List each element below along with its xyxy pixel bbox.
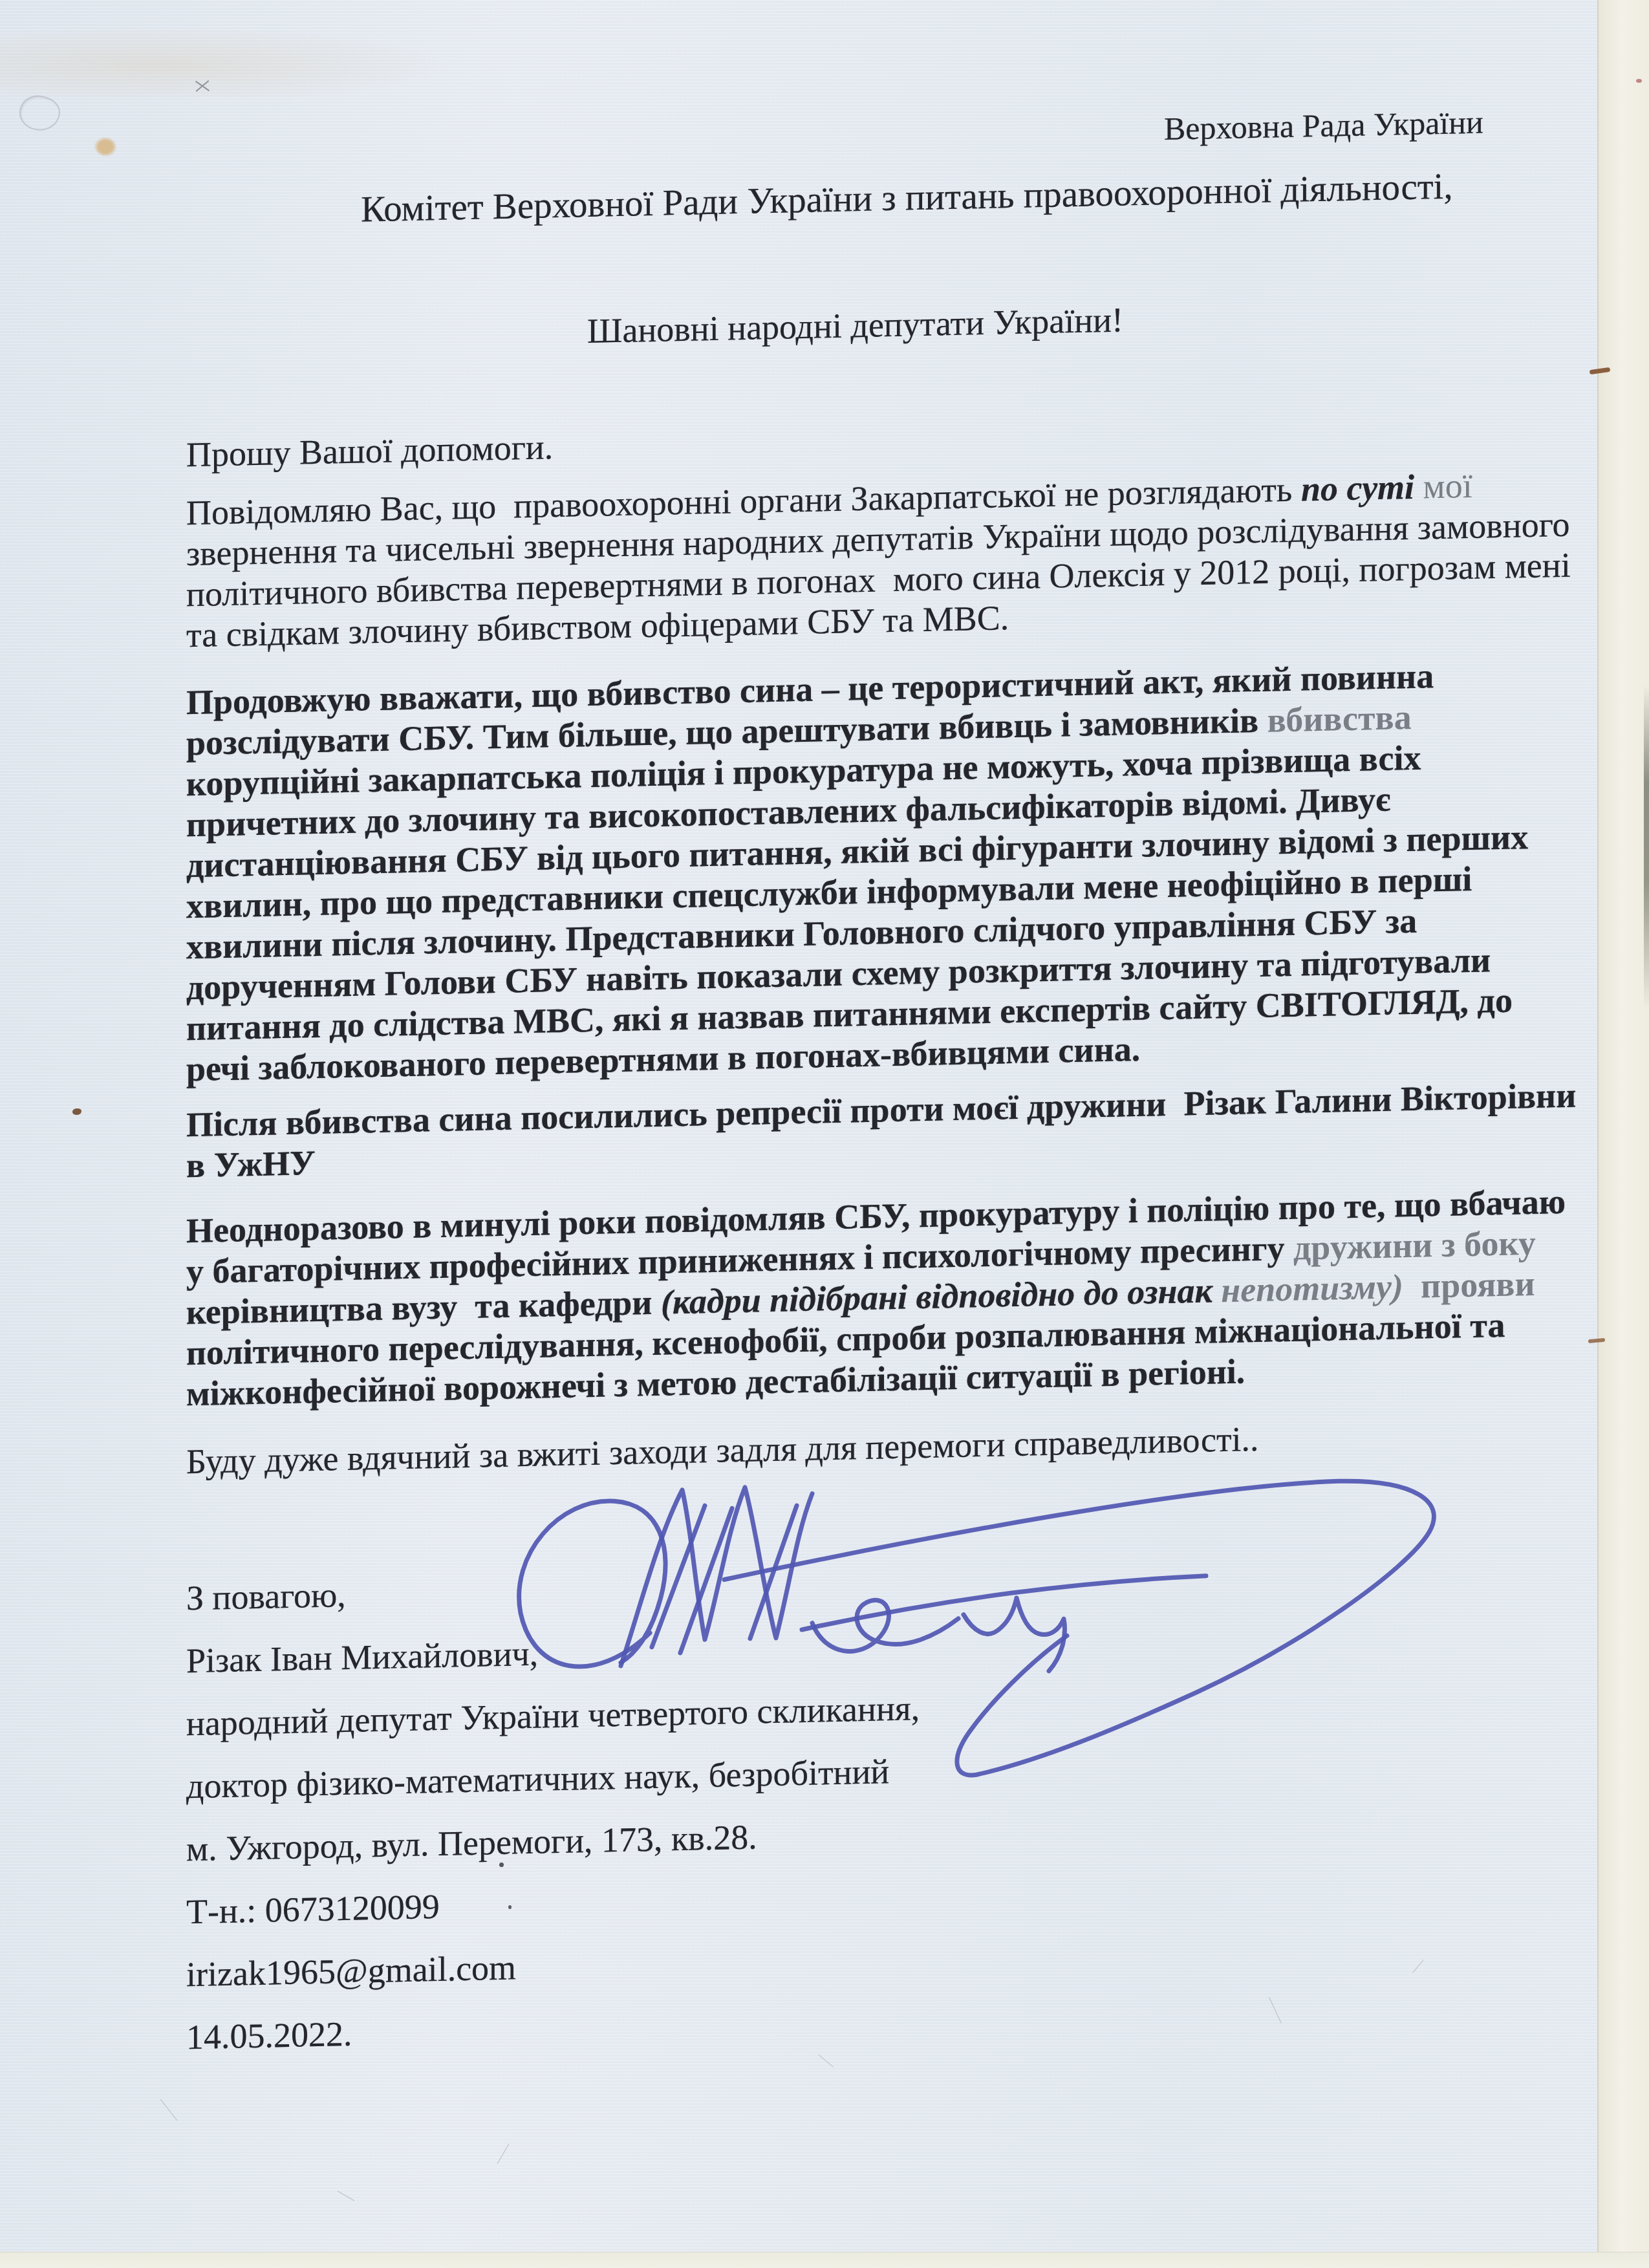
- paragraph-p4: Після вбивства сина посилились репресії …: [186, 1075, 1576, 1186]
- letter-content: Верховна Рада України Комітет Верховної …: [0, 0, 1649, 2268]
- text-segment: [1414, 468, 1423, 506]
- scanner-edge-right: [1597, 0, 1649, 2268]
- letter-page: Верховна Рада України Комітет Верховної …: [0, 0, 1649, 2268]
- text-line: Прошу Вашої допомоги.: [186, 427, 553, 475]
- text-segment: Прошу Вашої допомоги.: [186, 427, 553, 474]
- letter-body: Прошу Вашої допомоги.Повідомляю Вас, що …: [0, 0, 1649, 4]
- text-segment: в УжНУ: [186, 1143, 316, 1185]
- closing-block: З повагою, Різак Іван Михайлович, народн…: [186, 1551, 920, 2069]
- scanned-letter-screenshot: { "page": { "kind": "scanned-letter", "c…: [0, 0, 1649, 2268]
- ink-dot: [499, 1863, 504, 1867]
- paper-speck-tan: [94, 137, 116, 157]
- text-segment: вбивства: [1258, 698, 1412, 740]
- ink-dot: [508, 1905, 512, 1909]
- edge-mark-pink: [1636, 79, 1642, 83]
- text-segment: непотизму): [1221, 1267, 1403, 1310]
- scanner-edge-shadow: [1644, 686, 1649, 1009]
- org-name-line: Верховна Рада України: [1164, 102, 1483, 150]
- committee-line: Комітет Верховної Ради України з питань …: [361, 166, 1453, 230]
- scanner-edge-bottom: [0, 2252, 1649, 2268]
- salutation-line: Шановні народні депутати України!: [587, 299, 1123, 352]
- text-segment: мої: [1423, 466, 1472, 506]
- paragraph-p1: Прошу Вашої допомоги.: [186, 427, 553, 475]
- paragraph-p2: Повідомляю Вас, що правоохоронні органи …: [186, 464, 1571, 656]
- paragraph-p5: Неодноразово в минулі роки повідомляв СБ…: [186, 1182, 1566, 1414]
- text-segment: [1403, 1267, 1421, 1306]
- text-segment: дружини з боку: [1285, 1224, 1536, 1268]
- paragraph-p3: Продовжую вважати, що вбивство сина – це…: [186, 654, 1528, 1090]
- text-segment: по суті: [1301, 468, 1414, 509]
- text-segment: прояви: [1421, 1264, 1535, 1306]
